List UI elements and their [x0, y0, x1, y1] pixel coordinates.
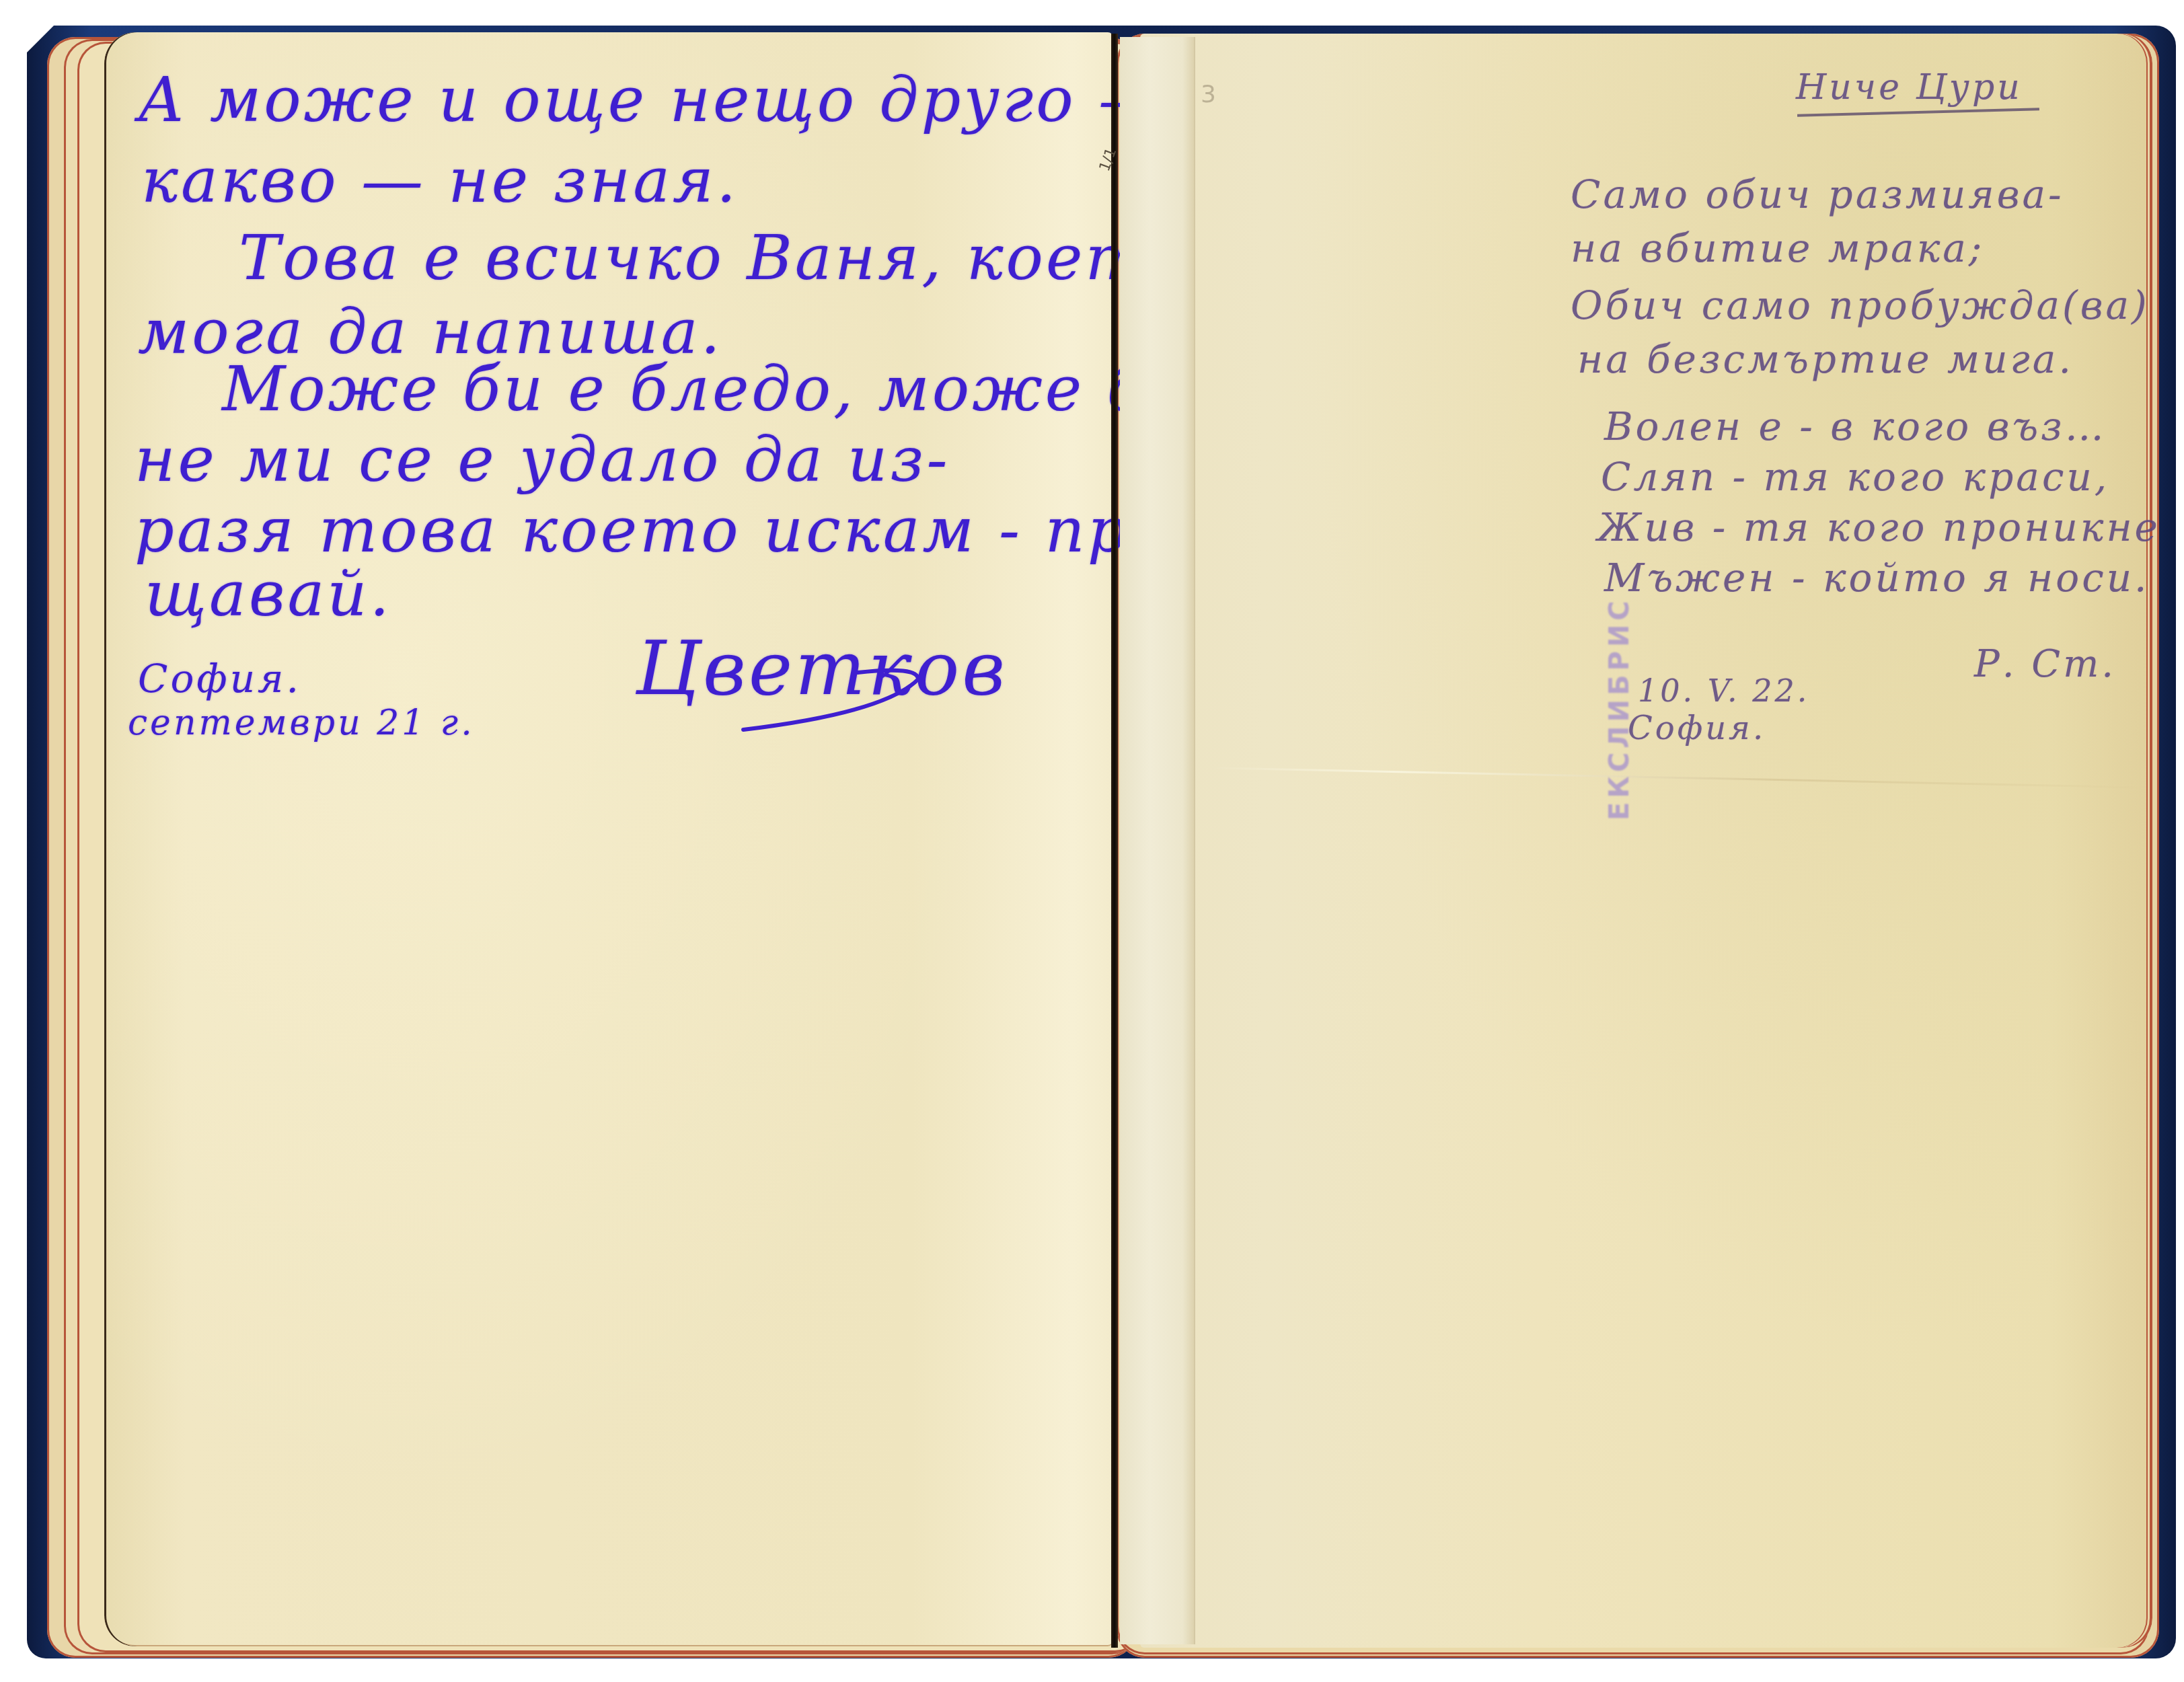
left-line-1: А може и още нещо друго —	[138, 64, 1163, 136]
right-date: 10. V. 22.	[1638, 673, 1809, 709]
signature-flourish-icon	[716, 659, 932, 733]
left-signature: Цветков	[636, 625, 932, 740]
left-place: София.	[138, 656, 301, 701]
right-page	[1140, 34, 2152, 1648]
verse-line-4: на безсмъртие мига.	[1577, 336, 2074, 382]
right-place: София.	[1628, 710, 1766, 747]
left-line-7: разя това което искам - про-	[135, 494, 1193, 566]
left-line-5: Може би е бледо, може би	[222, 353, 1190, 425]
verse-line-2: на вбитие мрака;	[1571, 225, 1984, 271]
left-date: септември 21 г.	[128, 703, 475, 743]
verse-line-1: Само обич размиява-	[1571, 171, 2064, 217]
left-line-3: Това е всичко Ваня, което	[239, 222, 1187, 294]
author-initials: Р. Ст.	[1974, 642, 2116, 686]
verse-line-3: Обич само пробужда(ва)	[1571, 282, 2150, 328]
right-header: Ниче Цури	[1796, 67, 2023, 108]
binding-hinge-strip	[1120, 37, 1195, 1644]
verse-line-5: Волен е - в кого въз…	[1604, 404, 2107, 449]
verse-line-8: Мъжен - който я носи.	[1604, 555, 2149, 601]
left-line-6: не ми се е удало да из-	[135, 424, 950, 496]
verse-line-7: Жив - тя кого проникне	[1597, 504, 2160, 550]
left-line-8: щавай.	[145, 558, 392, 630]
verse-line-6: Сляп - тя кого краси,	[1601, 454, 2109, 500]
gutter-shadow	[1111, 34, 1118, 1648]
page-number: 3	[1201, 81, 1216, 108]
left-line-2: какво — не зная.	[141, 145, 739, 217]
